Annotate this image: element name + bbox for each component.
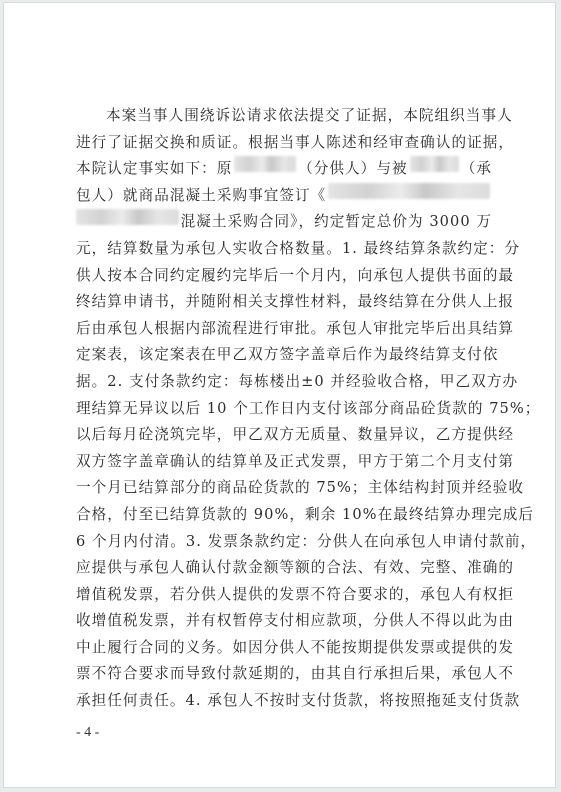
text-line: 双方签字盖章确认的结算单及正式发票，甲方于第二个月支付第	[76, 449, 492, 476]
text-line: 增值税发票，若分供人提供的发票不符合要求的，承包人有权拒	[76, 582, 492, 609]
line-text: 承担任何责任。4. 承包人不按时支付货款，将按照拖延支付货款	[76, 688, 520, 715]
redacted-plaintiff-name	[234, 156, 296, 172]
text-line: 一个月已结算部分的商品砼货款的 75%；主体结构封顶并经验收	[76, 475, 492, 502]
text-line: 进行了证据交换和质证。根据当事人陈述和经审查确认的证据，	[76, 130, 492, 157]
line-text: 中止履行合同的义务。如因分供人不能按期提供发票或提供的发	[76, 635, 514, 662]
line-text: 以后每月砼浇筑完毕，甲乙双方无质量、数量异议，乙方提供经	[76, 422, 514, 449]
line-text: 本院认定事实如下：原	[76, 156, 232, 183]
text-line: 承担任何责任。4. 承包人不按时支付货款，将按照拖延支付货款	[76, 688, 492, 715]
line-text: 终结算申请书，并随附相关支撑性材料，最终结算在分供人上报	[76, 289, 514, 316]
text-line: 混凝土采购合同》，约定暂定总价为 3000 万	[76, 209, 492, 236]
text-line: 以后每月砼浇筑完毕，甲乙双方无质量、数量异议，乙方提供经	[76, 422, 492, 449]
text-line: 理结算无异议以后 10 个工作日内支付该部分商品砼货款的 75%；	[76, 396, 492, 423]
line-text: 进行了证据交换和质证。根据当事人陈述和经审查确认的证据，	[76, 130, 514, 157]
line-text: 收增值税发票，并有权暂停支付相应款项，分供人不得以此为由	[76, 608, 514, 635]
line-text: （承	[461, 156, 492, 183]
line-text: 元，结算数量为承包人实收合格数量。1. 最终结算条款约定：分	[76, 236, 520, 263]
text-line: 供人按本合同约定履约完毕后一个月内，向承包人提供书面的最	[76, 263, 492, 290]
line-text: 供人按本合同约定履约完毕后一个月内，向承包人提供书面的最	[76, 263, 514, 290]
judgment-body-text: 本案当事人围绕诉讼请求依法提交了证据，本院组织当事人 进行了证据交换和质证。根据…	[76, 103, 492, 715]
line-text: 包人）就商品混凝土采购事宜签订《	[76, 183, 326, 210]
text-line: 后由承包人根据内部流程进行审批。承包人审批完毕后出具结算	[76, 316, 492, 343]
text-line: 合格，付至已结算货款的 90%，剩余 10%在最终结算办理完成后	[76, 502, 492, 529]
line-text: 合格，付至已结算货款的 90%，剩余 10%在最终结算办理完成后	[76, 502, 534, 529]
line-text: 混凝土采购合同》，约定暂定总价为 3000 万	[181, 209, 492, 236]
line-text: 定案表，该定案表在甲乙双方签字盖章后作为最终结算支付依	[76, 342, 498, 369]
redacted-contract-title	[328, 183, 490, 199]
line-text: （分供人）与被	[298, 156, 408, 183]
line-text: 增值税发票，若分供人提供的发票不符合要求的，承包人有权拒	[76, 582, 514, 609]
redacted-contract-title-cont	[76, 209, 179, 225]
text-line: 据。2. 支付条款约定：每栋楼出±0 并经验收合格，甲乙双方办	[76, 369, 492, 396]
document-page: 本案当事人围绕诉讼请求依法提交了证据，本院组织当事人 进行了证据交换和质证。根据…	[3, 2, 556, 788]
line-text: 据。2. 支付条款约定：每栋楼出±0 并经验收合格，甲乙双方办	[76, 369, 518, 396]
text-line: 包人）就商品混凝土采购事宜签订《	[76, 183, 492, 210]
line-text: 票不符合要求而导致付款延期的，由其自行承担后果，承包人不	[76, 661, 514, 688]
text-line: 终结算申请书，并随附相关支撑性材料，最终结算在分供人上报	[76, 289, 492, 316]
line-text: 理结算无异议以后 10 个工作日内支付该部分商品砼货款的 75%；	[76, 396, 540, 423]
text-line: 6 个月内付清。3. 发票条款约定：分供人在向承包人申请付款前，	[76, 529, 492, 556]
redacted-defendant-name	[410, 156, 459, 172]
text-line: 本案当事人围绕诉讼请求依法提交了证据，本院组织当事人	[76, 103, 492, 130]
line-text: 一个月已结算部分的商品砼货款的 75%；主体结构封顶并经验收	[76, 475, 524, 502]
text-line: 收增值税发票，并有权暂停支付相应款项，分供人不得以此为由	[76, 608, 492, 635]
text-line: 本院认定事实如下：原 （分供人）与被 （承	[76, 156, 492, 183]
text-line: 定案表，该定案表在甲乙双方签字盖章后作为最终结算支付依	[76, 342, 492, 369]
line-text: 6 个月内付清。3. 发票条款约定：分供人在向承包人申请付款前，	[76, 529, 536, 556]
line-text: 后由承包人根据内部流程进行审批。承包人审批完毕后出具结算	[76, 316, 514, 343]
page-number: - 4 -	[76, 725, 99, 741]
line-text: 应提供与承包人确认付款金额等额的合法、有效、完整、准确的	[76, 555, 514, 582]
text-line: 应提供与承包人确认付款金额等额的合法、有效、完整、准确的	[76, 555, 492, 582]
line-text: 本案当事人围绕诉讼请求依法提交了证据，本院组织当事人	[106, 103, 513, 130]
text-line: 元，结算数量为承包人实收合格数量。1. 最终结算条款约定：分	[76, 236, 492, 263]
line-text: 双方签字盖章确认的结算单及正式发票，甲方于第二个月支付第	[76, 449, 514, 476]
text-line: 票不符合要求而导致付款延期的，由其自行承担后果，承包人不	[76, 661, 492, 688]
text-line: 中止履行合同的义务。如因分供人不能按期提供发票或提供的发	[76, 635, 492, 662]
